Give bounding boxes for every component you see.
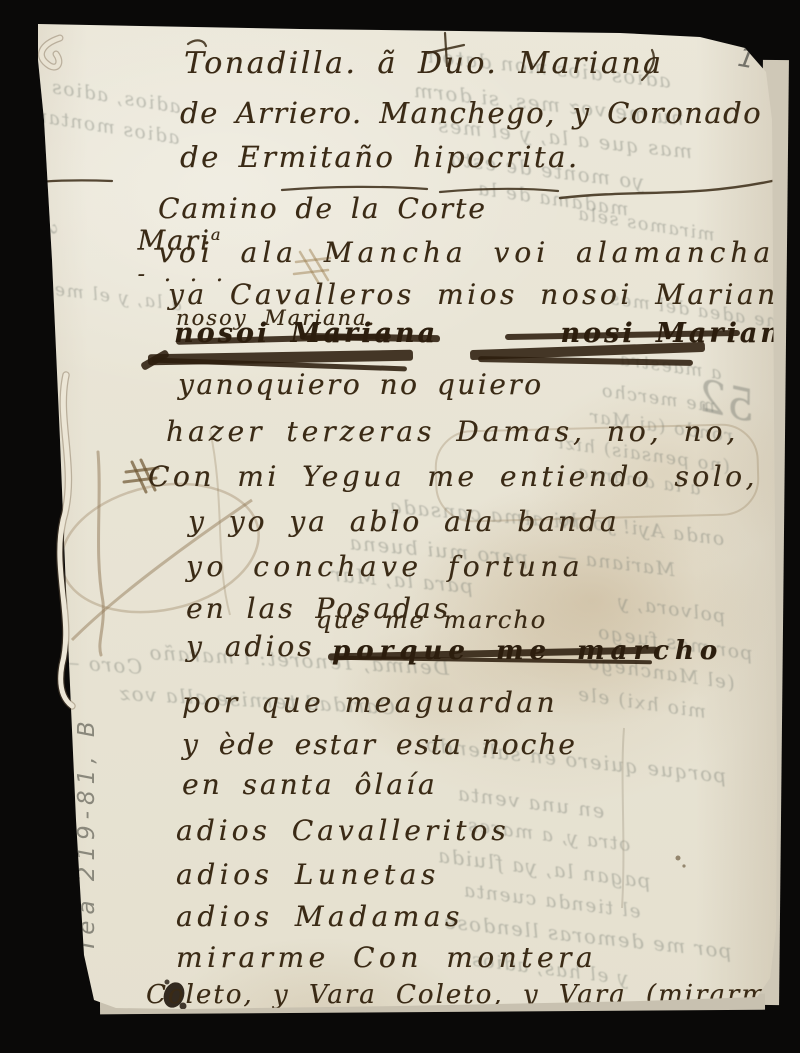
title-line-2: de Arriero. Manchego, y Coronado — [180, 96, 762, 130]
verse-line: y yo ya ablo ala banda — [188, 505, 620, 538]
left-rule — [28, 180, 112, 183]
title-underline — [282, 187, 427, 190]
verse-line: en santa ôlaía — [182, 768, 438, 801]
scan-background: adios, adios adios montar a la, y el mes… — [0, 0, 800, 1053]
long-flourish-rule — [560, 181, 772, 198]
verse-line: voi ala Mancha voi alamancha — [158, 236, 775, 269]
interlinear-insert: que me marcho — [316, 606, 547, 634]
verse-line: y adios — [186, 630, 315, 663]
verse-line: adios Cavalleritos — [176, 814, 510, 847]
verse-line: mirarme Con montera — [176, 941, 597, 974]
verse-line: por que meaguardan — [182, 686, 558, 719]
verse-line: yo conchave fortuna — [186, 550, 584, 583]
shelf-mark: Tea 219-81, B — [74, 715, 100, 952]
verse-line: yanoquiero no quiero — [178, 368, 544, 401]
verse-line: Con mi Yegua me entiendo solo, — [148, 460, 758, 493]
title-line-1: Tonadilla. ã Duo. Mariana — [184, 46, 663, 81]
manuscript-page: adios, adios adios montar a la, y el mes… — [0, 0, 800, 1053]
title-line-3: de Ermitaño hipocrita. — [180, 140, 580, 174]
crease-line — [622, 728, 624, 908]
verse-line: Camino de la Corte — [158, 192, 487, 225]
verse-line: adios Madamas — [176, 900, 464, 933]
verse-line: adios Lunetas — [176, 858, 440, 891]
verse-line: hazer terzeras Damas, no, no, — [166, 415, 739, 448]
verse-line: y ède estar esta noche — [182, 728, 577, 761]
